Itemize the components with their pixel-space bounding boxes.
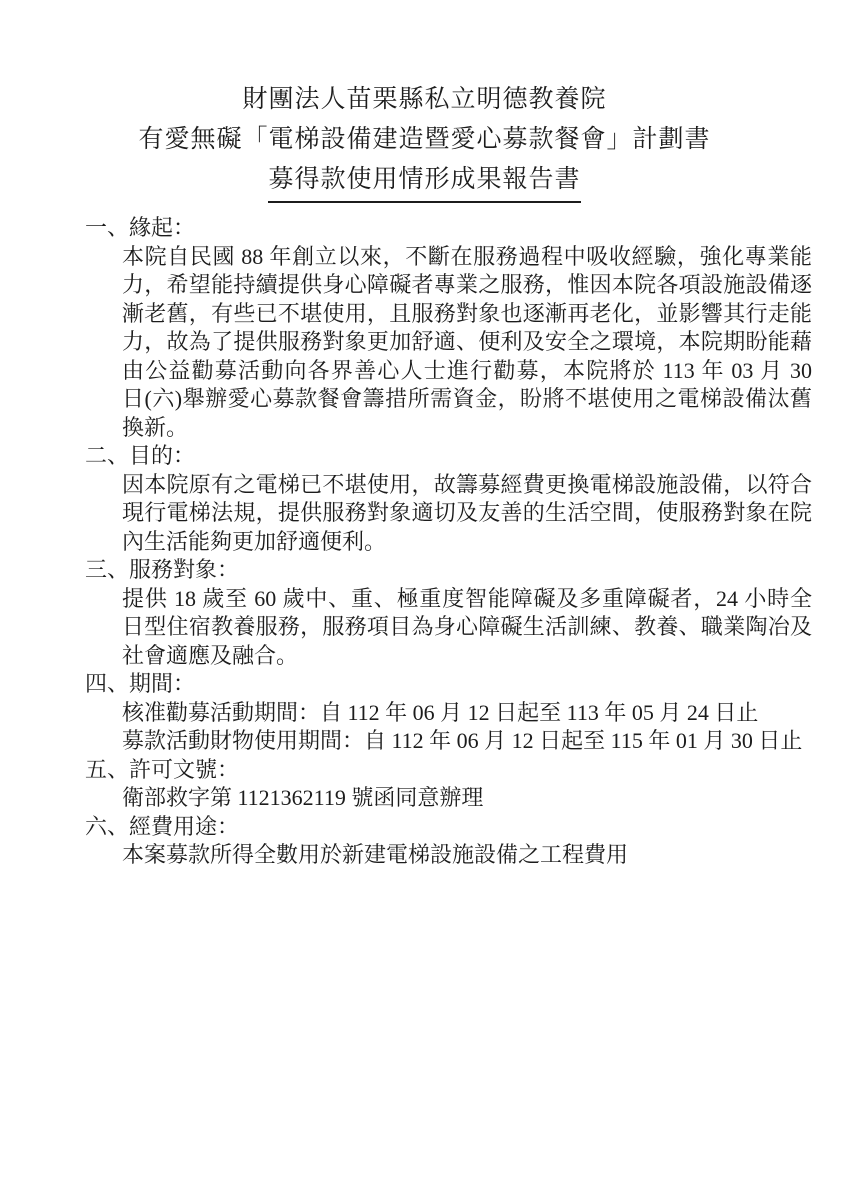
section-heading: 五、許可文號：: [85, 756, 812, 785]
document-header: 財團法人苗栗縣私立明德教養院 有愛無礙「電梯設備建造暨愛心募款餐會」計劃書 募得…: [0, 80, 849, 203]
section-line: 力，故為了提供服務對象更加舒適、便利及安全之環境，本院期盼能藉: [122, 328, 812, 357]
section-lines: 因本院原有之電梯已不堪使用，故籌募經費更換電梯設施設備，以符合現行電梯法規，提供…: [122, 471, 812, 557]
section-heading: 二、目的：: [85, 442, 812, 471]
section-lines: 衛部救字第 1121362119 號函同意辦理: [122, 784, 812, 813]
section-line: 日(六)舉辦愛心募款餐會籌措所需資金，盼將不堪使用之電梯設備汰舊: [122, 385, 812, 414]
section-5: 五、許可文號：衛部救字第 1121362119 號函同意辦理: [85, 756, 812, 813]
document-page: 財團法人苗栗縣私立明德教養院 有愛無礙「電梯設備建造暨愛心募款餐會」計劃書 募得…: [0, 0, 849, 1200]
section-1: 一、緣起：本院自民國 88 年創立以來，不斷在服務過程中吸收經驗，強化專業能力，…: [85, 214, 812, 442]
section-2: 二、目的：因本院原有之電梯已不堪使用，故籌募經費更換電梯設施設備，以符合現行電梯…: [85, 442, 812, 556]
plan-title: 有愛無礙「電梯設備建造暨愛心募款餐會」計劃書: [0, 120, 849, 160]
report-title-text: 募得款使用情形成果報告書: [268, 160, 580, 203]
section-line: 換新。: [122, 414, 812, 443]
section-line: 衛部救字第 1121362119 號函同意辦理: [122, 784, 812, 813]
section-6: 六、經費用途：本案募款所得全數用於新建電梯設施設備之工程費用: [85, 813, 812, 870]
section-lines: 提供 18 歲至 60 歲中、重、極重度智能障礙及多重障礙者，24 小時全日型住…: [122, 585, 812, 671]
section-line: 力，希望能持續提供身心障礙者專業之服務，惟因本院各項設施設備逐: [122, 271, 812, 300]
section-heading: 四、期間：: [85, 670, 812, 699]
section-line: 募款活動財物使用期間：自 112 年 06 月 12 日起至 115 年 01 …: [122, 727, 812, 756]
section-line: 漸老舊，有些已不堪使用，且服務對象也逐漸再老化，並影響其行走能: [122, 300, 812, 329]
section-line: 內生活能夠更加舒適便利。: [122, 528, 812, 557]
section-line: 本案募款所得全數用於新建電梯設施設備之工程費用: [122, 841, 812, 870]
section-heading: 六、經費用途：: [85, 813, 812, 842]
section-line: 社會適應及融合。: [122, 642, 812, 671]
section-heading: 一、緣起：: [85, 214, 812, 243]
section-lines: 本案募款所得全數用於新建電梯設施設備之工程費用: [122, 841, 812, 870]
section-lines: 本院自民國 88 年創立以來，不斷在服務過程中吸收經驗，強化專業能力，希望能持續…: [122, 243, 812, 443]
section-line: 由公益勸募活動向各界善心人士進行勸募，本院將於 113 年 03 月 30: [122, 357, 812, 386]
report-title: 募得款使用情形成果報告書: [0, 160, 849, 203]
section-line: 因本院原有之電梯已不堪使用，故籌募經費更換電梯設施設備，以符合: [122, 471, 812, 500]
section-heading: 三、服務對象：: [85, 556, 812, 585]
section-line: 現行電梯法規，提供服務對象適切及友善的生活空間，使服務對象在院: [122, 499, 812, 528]
section-3: 三、服務對象：提供 18 歲至 60 歲中、重、極重度智能障礙及多重障礙者，24…: [85, 556, 812, 670]
org-name-title: 財團法人苗栗縣私立明德教養院: [0, 80, 849, 120]
section-lines: 核准勸募活動期間：自 112 年 06 月 12 日起至 113 年 05 月 …: [122, 699, 812, 756]
section-line: 核准勸募活動期間：自 112 年 06 月 12 日起至 113 年 05 月 …: [122, 699, 812, 728]
section-line: 提供 18 歲至 60 歲中、重、極重度智能障礙及多重障礙者，24 小時全: [122, 585, 812, 614]
section-line: 本院自民國 88 年創立以來，不斷在服務過程中吸收經驗，強化專業能: [122, 243, 812, 272]
section-4: 四、期間：核准勸募活動期間：自 112 年 06 月 12 日起至 113 年 …: [85, 670, 812, 756]
document-body: 一、緣起：本院自民國 88 年創立以來，不斷在服務過程中吸收經驗，強化專業能力，…: [85, 214, 812, 870]
section-line: 日型住宿教養服務，服務項目為身心障礙生活訓練、教養、職業陶冶及: [122, 613, 812, 642]
